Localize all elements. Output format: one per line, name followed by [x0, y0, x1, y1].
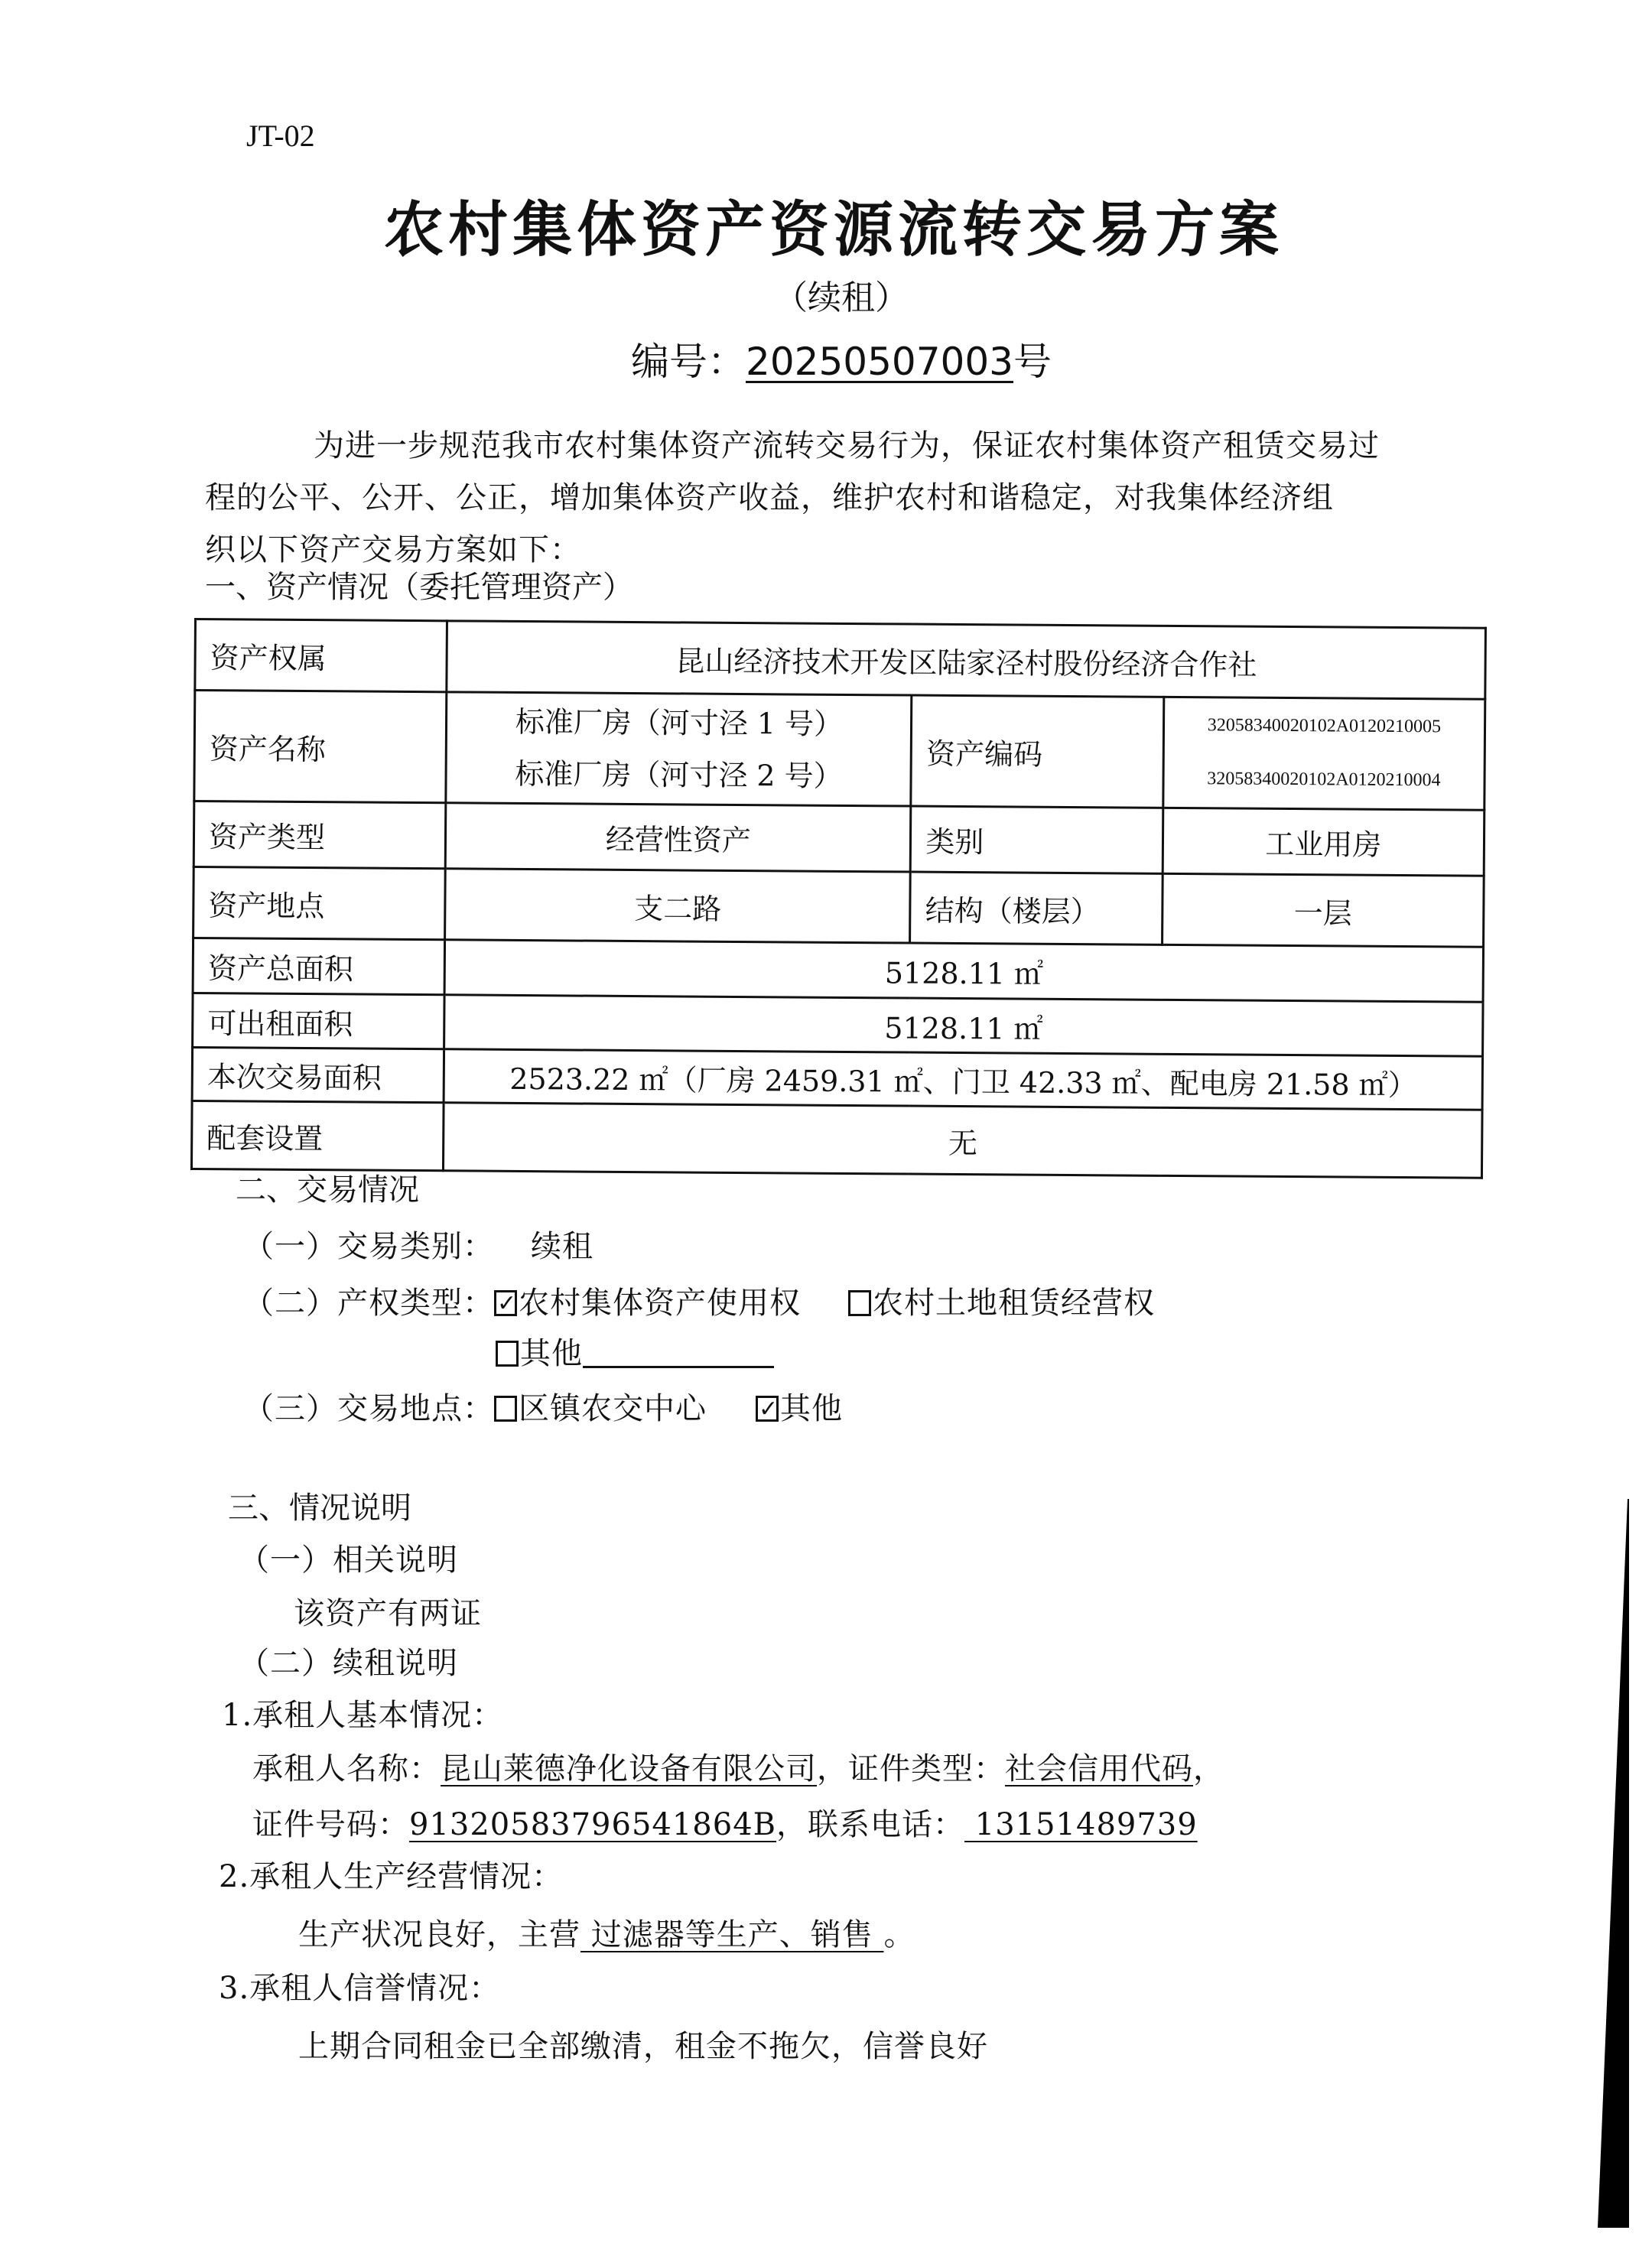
scan-edge-shadow	[0, 0, 1652, 2253]
